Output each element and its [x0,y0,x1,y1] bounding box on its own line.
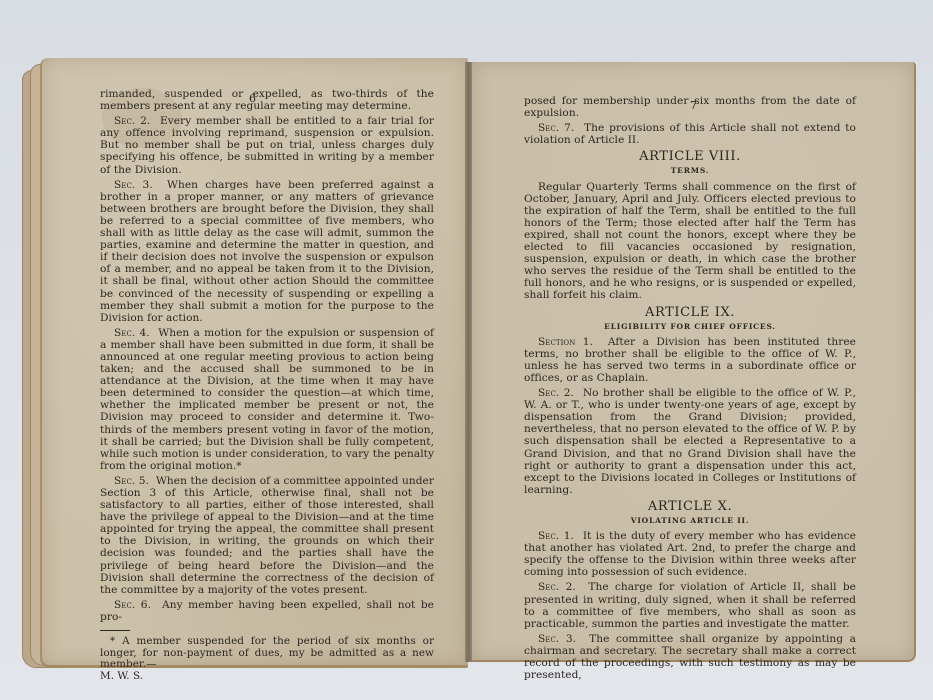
paragraph: Regular Quarterly Terms shall commence o… [524,181,856,302]
paragraph: rimanded, suspended or expelled, as two-… [100,88,434,112]
section-paragraph: Sec. 1. It is the duty of every member w… [524,530,856,578]
section-paragraph: Sec. 7. The provisions of this Article s… [524,122,856,146]
section-label: Sec. 1. [538,530,574,542]
section-label: Sec. 3. [538,633,576,645]
section-label: Sec. 7. [538,122,574,134]
article-subheading: Terms. [524,165,856,177]
section-paragraph: Sec. 2. No brother shall be eligible to … [524,387,856,496]
section-label: Sec. 2. [538,387,574,399]
article-heading: ARTICLE IX. [524,307,856,319]
section-paragraph: Section 1. After a Division has been ins… [524,336,856,384]
section-label: Sec. 5. [114,475,149,487]
section-label: Sec. 4. [114,327,150,339]
section-paragraph: Sec. 2. Every member shall be entitled t… [100,115,434,175]
section-paragraph: Sec. 4. When a motion for the expulsion … [100,327,434,472]
section-paragraph: Sec. 3. When charges have been preferred… [100,179,434,324]
paragraph: posed for membership under six months fr… [524,95,856,119]
left-page-body: rimanded, suspended or expelled, as two-… [100,88,434,682]
article-subheading: Eligibility for chief offices. [524,321,856,333]
section-label: Sec. 3. [114,179,153,191]
section-label: Sec. 2. [538,581,576,593]
section-paragraph: Sec. 5. When the decision of a committee… [100,475,434,596]
section-label: Sec. 6. [114,599,151,611]
section-paragraph: Sec. 2. The charge for violation of Arti… [524,581,856,629]
footnote-signature: M. W. S. [100,671,434,683]
section-paragraph: Sec. 3. The committee shall organize by … [524,633,856,681]
right-page-body: posed for membership under six months fr… [524,95,856,684]
article-heading: ARTICLE X. [524,501,856,513]
section-label: Sec. 2. [114,115,150,127]
article-heading: ARTICLE VIII. [524,151,856,163]
booklet-spread: 6 rimanded, suspended or expelled, as tw… [0,0,933,700]
section-paragraph: Sec. 6. Any member having been expelled,… [100,599,434,623]
footnote-divider [100,630,130,631]
article-subheading: Violating Article II. [524,515,856,527]
right-page: 7 posed for membership under six months … [472,62,916,662]
section-label: Section 1. [538,336,593,348]
left-page: 6 rimanded, suspended or expelled, as tw… [40,58,468,668]
footnote: * A member suspended for the period of s… [100,636,434,682]
